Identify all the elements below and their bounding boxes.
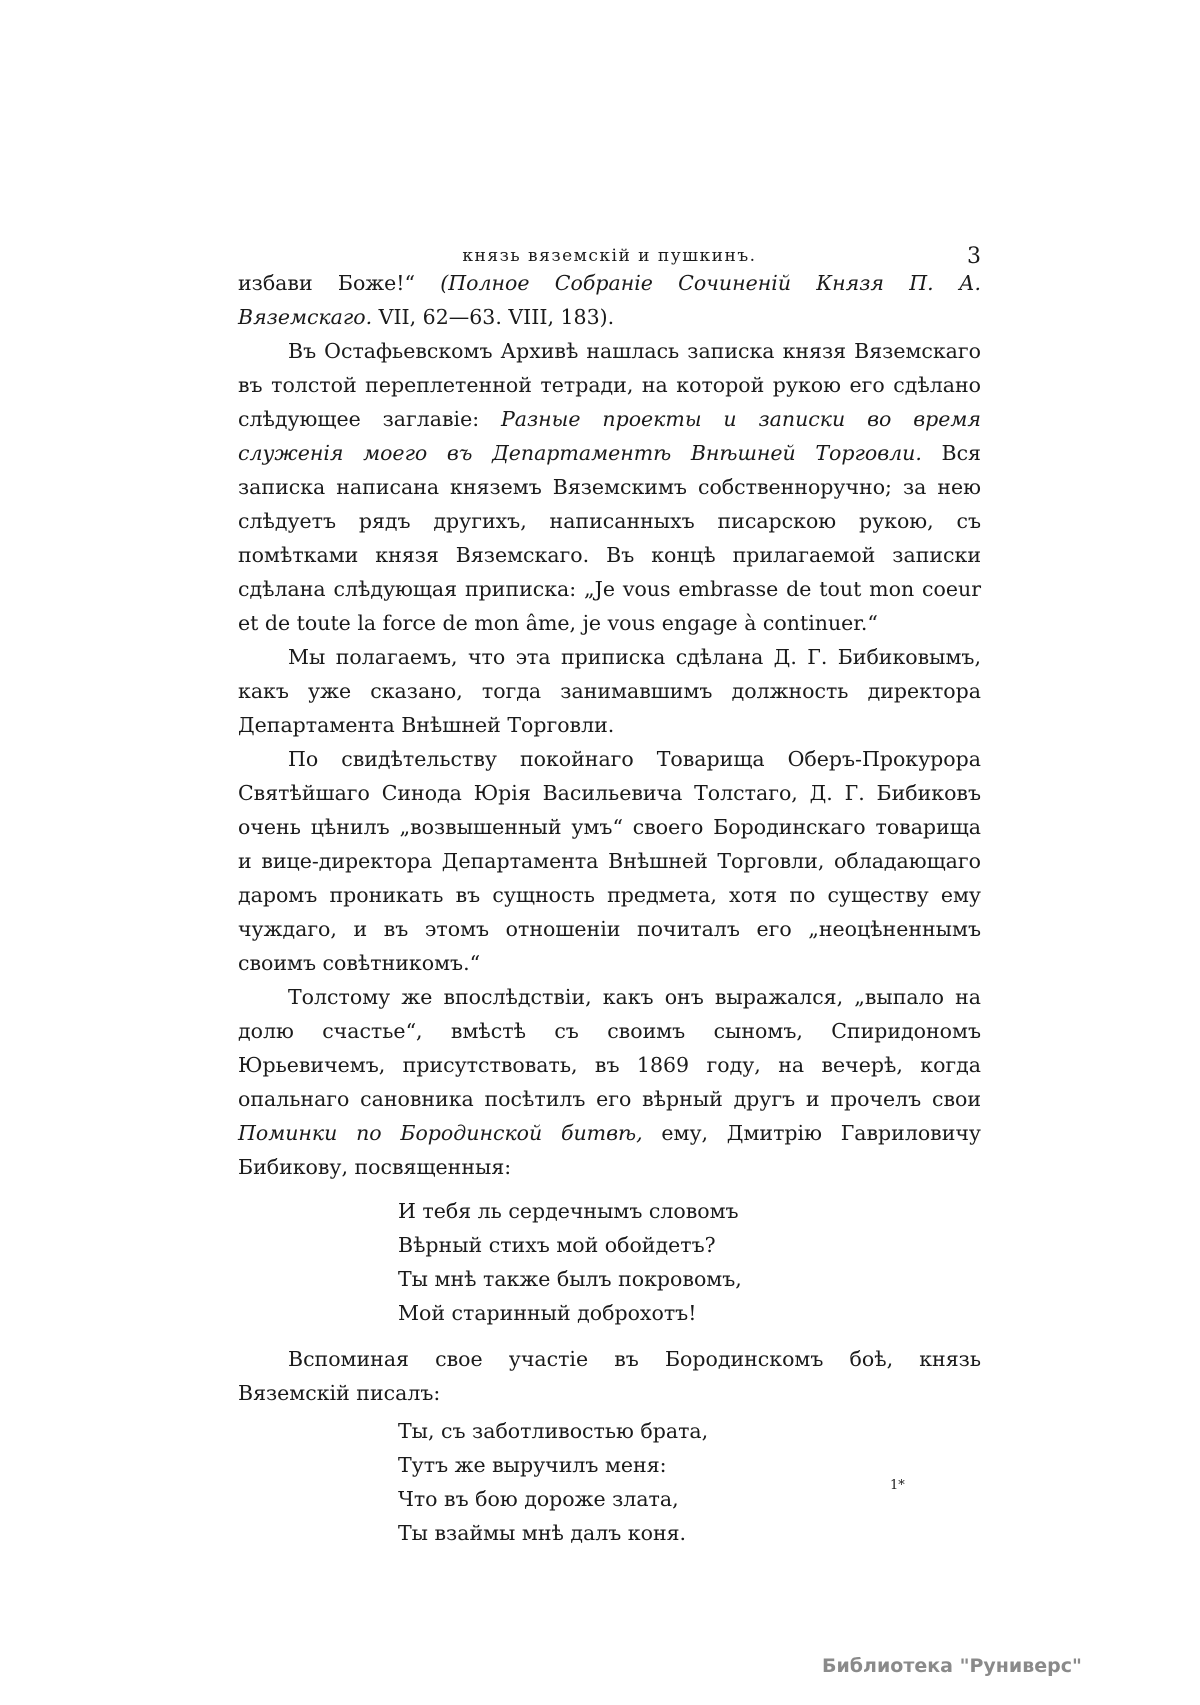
italic-title: Поминки по Бородинской битвѣ, [238,1121,643,1145]
running-title: князь вяземскiй и пушкинъ. [238,246,981,266]
paragraph-6: Вспоминая свое участiе въ Бородинскомъ б… [238,1342,981,1410]
verse-line: Ты мнѣ также былъ покровомъ, [398,1262,981,1296]
text-run: Вся записка написана княземъ Вяземскимъ … [238,441,981,635]
text-run: VII, 62—63. VIII, 183). [372,305,614,329]
verse-line: Тутъ же выручилъ меня: [398,1448,981,1482]
book-page: князь вяземскiй и пушкинъ. 3 избави Боже… [0,0,1200,1705]
text-run: избави Боже!“ [238,271,440,295]
verse-line: Ты, съ заботливостью брата, [398,1414,981,1448]
verse-line: Вѣрный стихъ мой обойдетъ? [398,1228,981,1262]
body-text: избави Боже!“ (Полное Собранiе Сочиненiй… [238,266,981,1562]
library-watermark: Библиотека "Руниверс" [822,1655,1082,1677]
paragraph-3: Мы полагаемъ, что эта приписка сдѣлана Д… [238,640,981,742]
verse-line: Мой старинный доброхотъ! [398,1296,981,1330]
verse-line: Ты взаймы мнѣ далъ коня. [398,1516,981,1550]
paragraph-5: Толстому же впослѣдствiи, какъ онъ выраж… [238,980,981,1184]
paragraph-2: Въ Остафьевскомъ Архивѣ нашлась записка … [238,334,981,640]
paragraph-4: По свидѣтельству покойнаго Товарища Обер… [238,742,981,980]
verse-stanza-1: И тебя ль сердечнымъ словомъ Вѣрный стих… [398,1194,981,1330]
signature-mark: 1* [890,1478,905,1493]
text-run: Толстому же впослѣдствiи, какъ онъ выраж… [238,985,981,1111]
paragraph-1: избави Боже!“ (Полное Собранiе Сочиненiй… [238,266,981,334]
verse-line: И тебя ль сердечнымъ словомъ [398,1194,981,1228]
